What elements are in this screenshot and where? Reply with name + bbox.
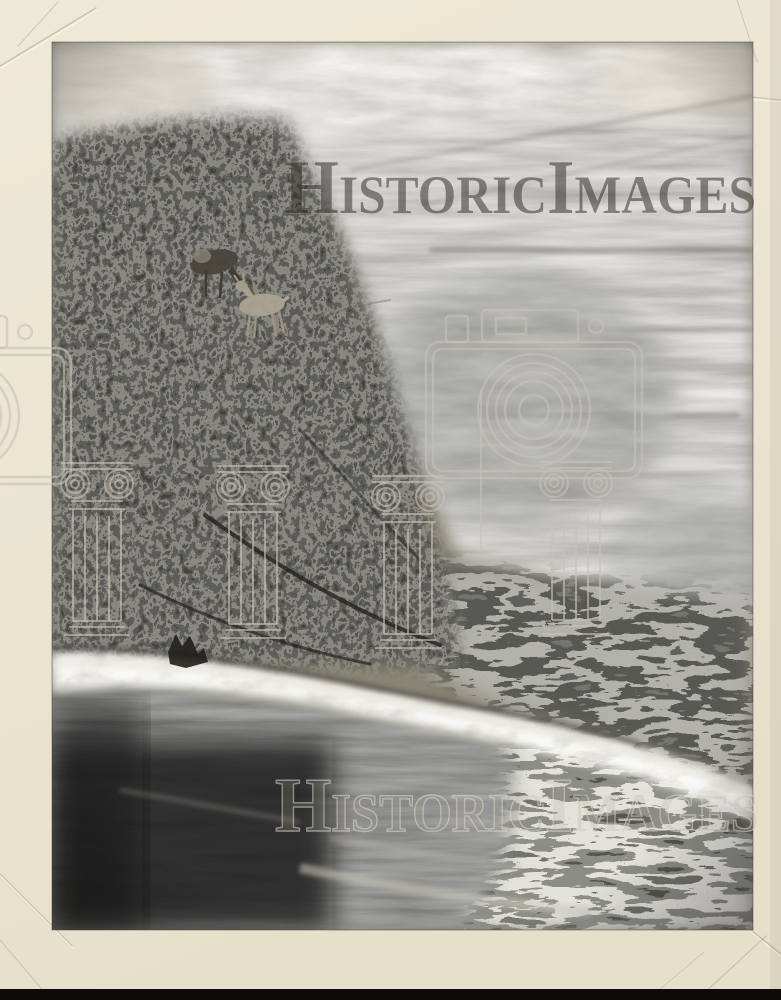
watermark-text-bottom: HistoricImages [275, 762, 759, 848]
press-photo-scan: HistoricImages HistoricImages [0, 0, 781, 1000]
watermark-text-top: HistoricImages [284, 144, 756, 230]
scanner-bed-strip [0, 989, 781, 1000]
scan-canvas: HistoricImages HistoricImages [0, 0, 781, 1000]
paper-edge-shade [770, 0, 781, 1000]
